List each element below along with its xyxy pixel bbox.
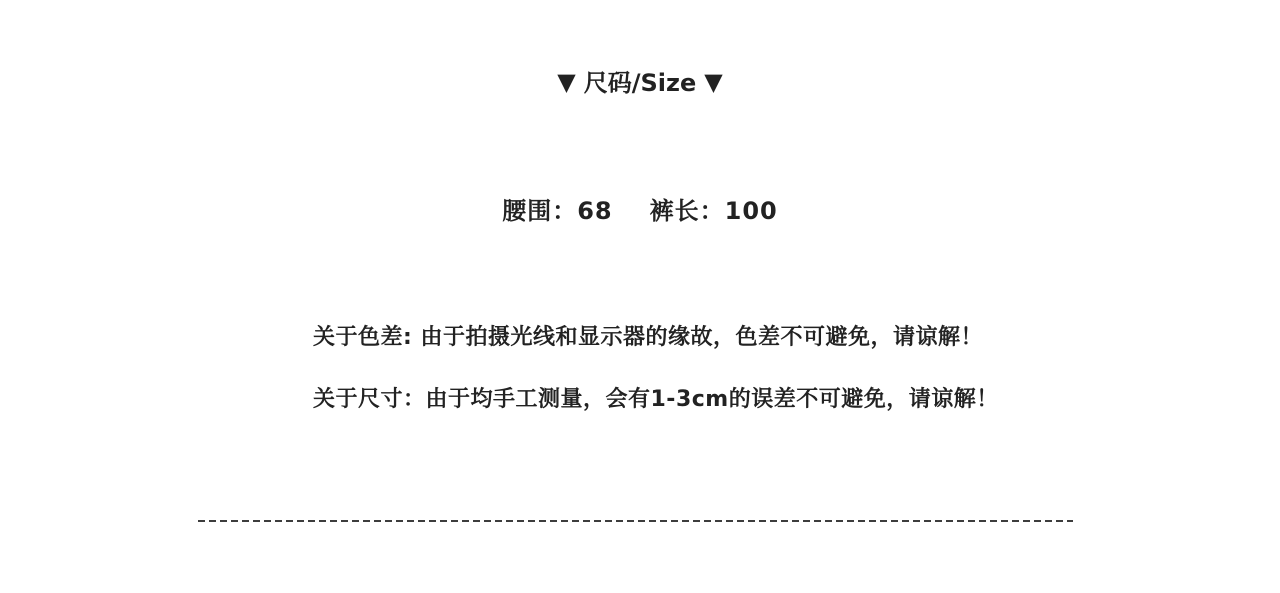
size-info-panel: ▼尺码/Size▼ 腰围：68 裤长：100 关于色差: 由于拍摄光线和显示器的… <box>0 0 1280 593</box>
triangle-down-icon: ▼ <box>704 67 722 97</box>
size-section-header: ▼尺码/Size▼ <box>0 68 1280 98</box>
measurements-row: 腰围：68 裤长：100 <box>0 196 1280 226</box>
waist-measurement: 腰围：68 <box>502 196 612 226</box>
pants-length-measurement: 裤长：100 <box>650 196 778 226</box>
dashed-divider <box>198 520 1073 522</box>
color-difference-note: 关于色差: 由于拍摄光线和显示器的缘故，色差不可避免，请谅解！ <box>313 324 983 351</box>
triangle-down-icon: ▼ <box>557 67 575 97</box>
size-section-title: 尺码/Size <box>584 69 697 97</box>
size-tolerance-note: 关于尺寸：由于均手工测量，会有1-3cm的误差不可避免，请谅解！ <box>313 386 999 413</box>
